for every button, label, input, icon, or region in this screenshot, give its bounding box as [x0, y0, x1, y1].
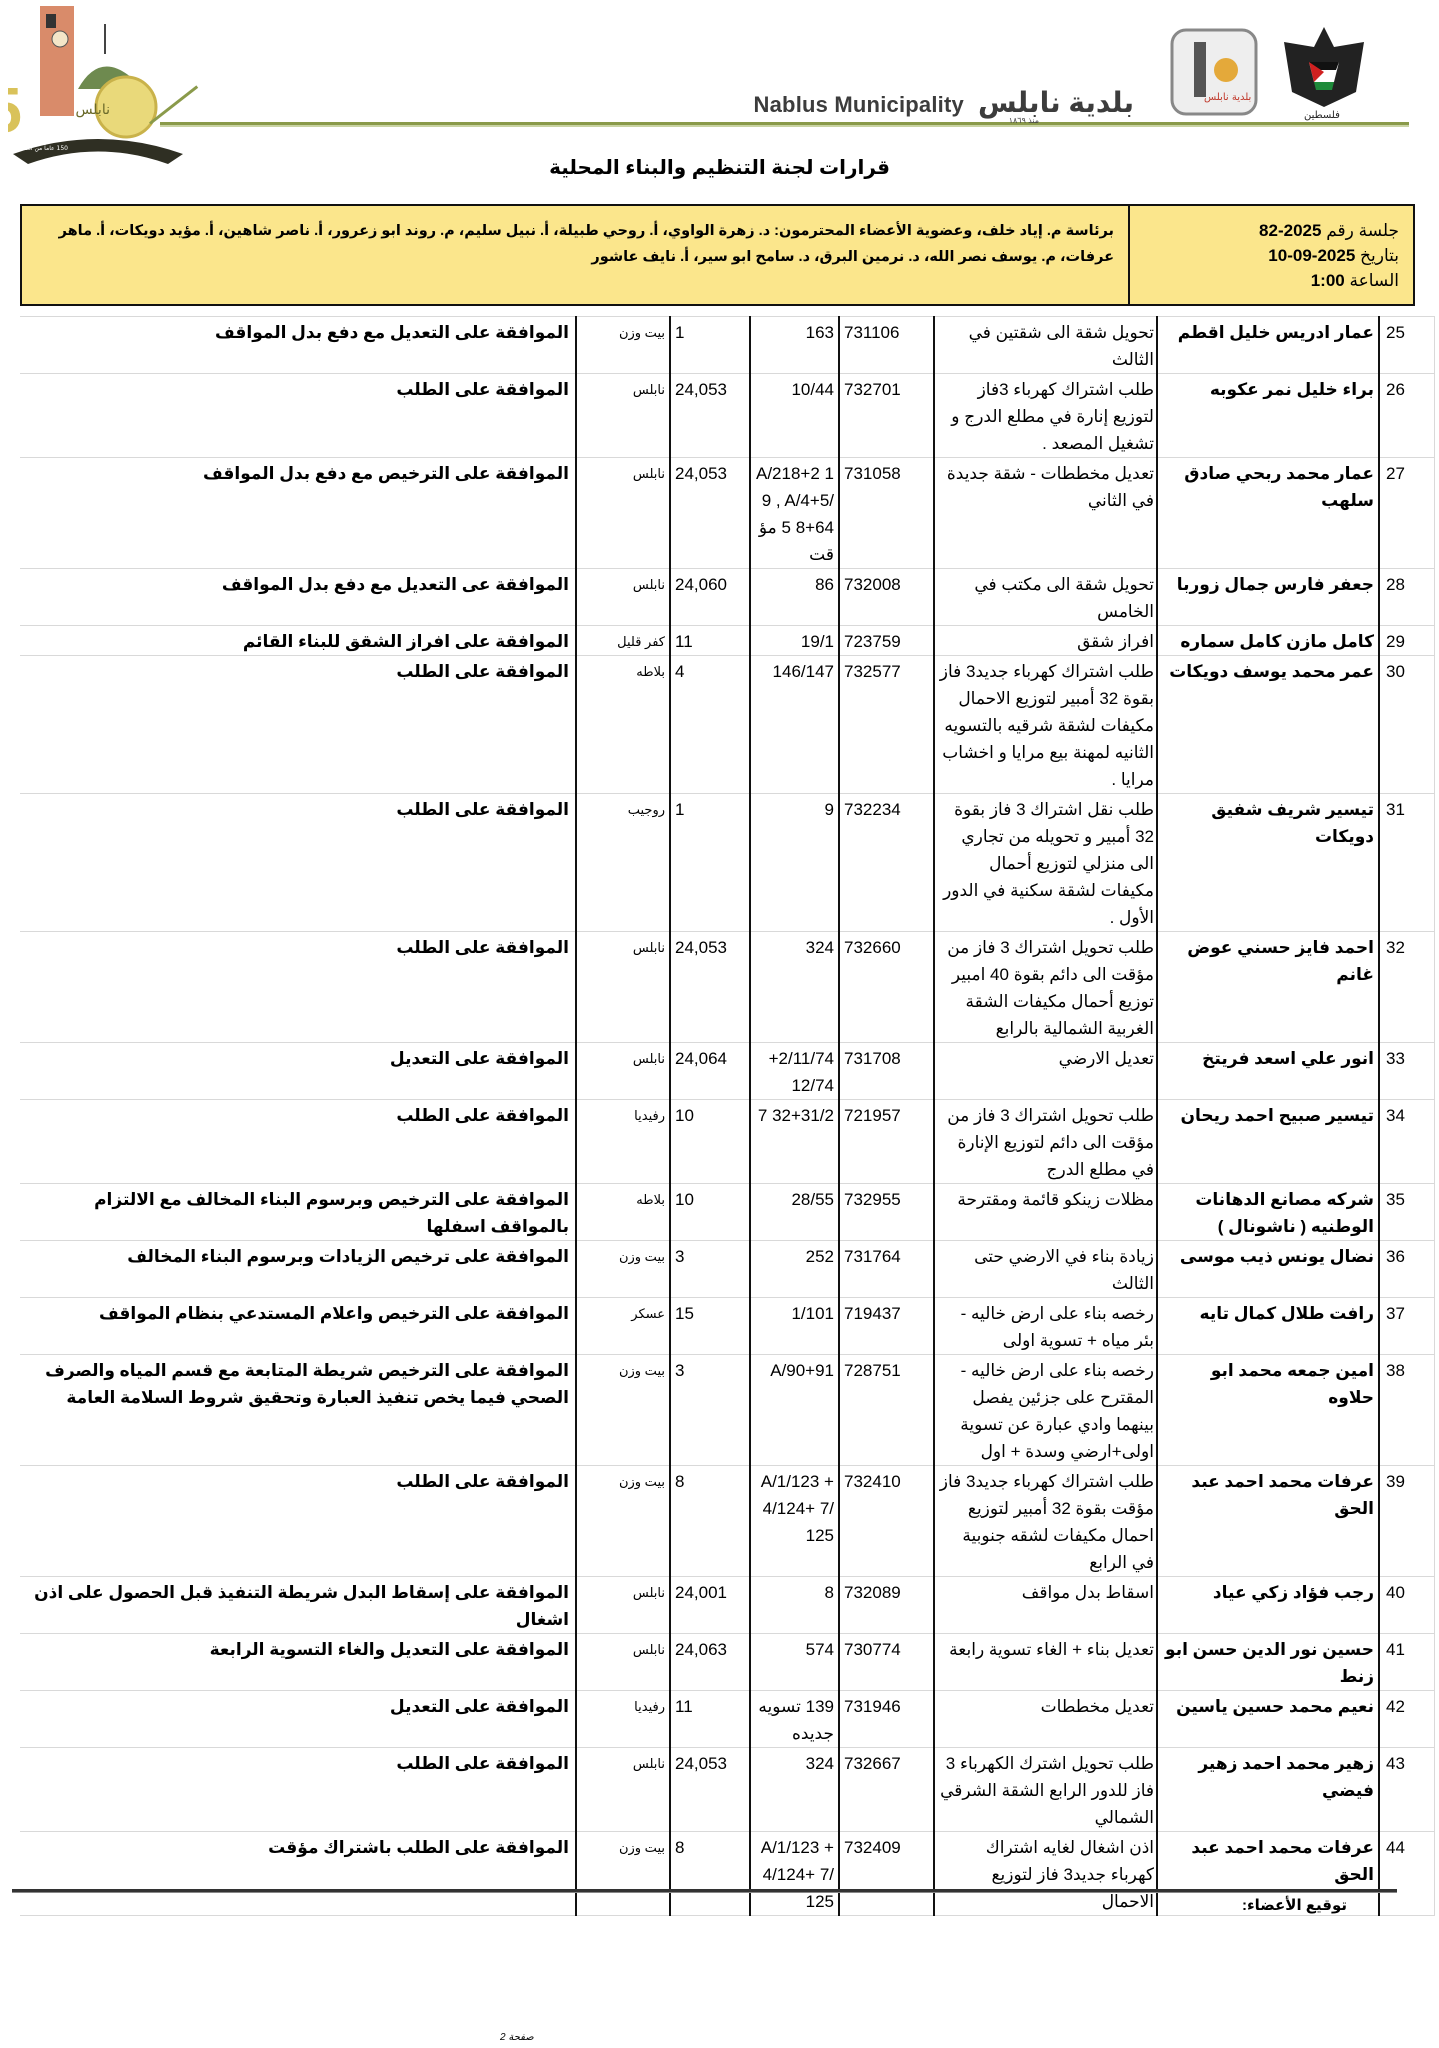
block-number: 1: [670, 317, 750, 374]
block-number: 4: [670, 656, 750, 794]
block-number: 24,053: [670, 374, 750, 458]
request-number: 732008: [839, 569, 934, 626]
table-row: 29 كامل مازن كامل سماره افراز شقق 723759…: [20, 626, 1435, 656]
request-number: 732667: [839, 1748, 934, 1832]
committee-decision: الموافقة على الطلب: [20, 932, 576, 1043]
block-number: 24,001: [670, 1577, 750, 1634]
committee-decision: الموافقة على الطلب باشتراك مؤقت: [20, 1832, 576, 1916]
request-number: 731764: [839, 1241, 934, 1298]
session-time-label: الساعة: [1349, 271, 1399, 290]
table-row: 44 عرفات محمد احمد عبد الحق اذن اشغال لغ…: [20, 1832, 1435, 1916]
letterhead: 15 نابلس 150 عاماً من العطاء Nablus Muni…: [0, 0, 1439, 190]
svg-text:150 عاماً من العطاء: 150 عاماً من العطاء: [17, 144, 69, 152]
block-number: 11: [670, 626, 750, 656]
request-description: تحويل شقة الى مكتب في الخامس: [934, 569, 1157, 626]
parcel-number: 10/44: [750, 374, 839, 458]
committee-decision: الموافقة على الترخيص وبرسوم البناء المخا…: [20, 1184, 576, 1241]
request-number: 730774: [839, 1634, 934, 1691]
area-name: كفر قليل: [576, 626, 670, 656]
area-name: رفيديا: [576, 1691, 670, 1748]
table-row: 39 عرفات محمد احمد عبد الحق طلب اشتراك ك…: [20, 1466, 1435, 1577]
svg-text:15: 15: [8, 74, 22, 146]
table-row: 26 براء خليل نمر عكوبه طلب اشتراك كهرباء…: [20, 374, 1435, 458]
request-description: رخصه بناء على ارض خاليه - المقترح على جز…: [934, 1355, 1157, 1466]
committee-decision: الموافقة عى التعديل مع دفع بدل المواقف: [20, 569, 576, 626]
committee-decision: الموافقة على ترخيص الزيادات وبرسوم البنا…: [20, 1241, 576, 1298]
table-row: 34 تيسير صبيح احمد ريحان طلب تحويل اشترا…: [20, 1100, 1435, 1184]
committee-decision: الموافقة على الطلب: [20, 1466, 576, 1577]
area-name: روجيب: [576, 794, 670, 932]
row-number: 28: [1379, 569, 1435, 626]
request-description: طلب تحويل اشترك الكهرباء 3 فاز للدور الر…: [934, 1748, 1157, 1832]
row-number: 40: [1379, 1577, 1435, 1634]
applicant-name: رافت طلال كمال تايه: [1157, 1298, 1379, 1355]
parcel-number: 146/147: [750, 656, 839, 794]
row-number: 35: [1379, 1184, 1435, 1241]
block-number: 24,060: [670, 569, 750, 626]
request-description: طلب اشتراك كهرباء 3فاز لتوزيع إنارة في م…: [934, 374, 1157, 458]
request-description: رخصه بناء على ارض خاليه - بئر مياه + تسو…: [934, 1298, 1157, 1355]
row-number: 25: [1379, 317, 1435, 374]
request-number: 731058: [839, 458, 934, 569]
brand-arabic: بلدية نابلس: [978, 87, 1134, 118]
applicant-name: نضال يونس ذيب موسى: [1157, 1241, 1379, 1298]
parcel-number: 32+31/2 7: [750, 1100, 839, 1184]
parcel-number: A/90+91: [750, 1355, 839, 1466]
request-number: 719437: [839, 1298, 934, 1355]
row-number: 36: [1379, 1241, 1435, 1298]
request-number: 731946: [839, 1691, 934, 1748]
applicant-name: نعيم محمد حسين ياسين: [1157, 1691, 1379, 1748]
request-description: افراز شقق: [934, 626, 1157, 656]
footer-divider: [12, 1889, 1397, 1893]
block-number: 11: [670, 1691, 750, 1748]
request-number: 732409: [839, 1832, 934, 1916]
request-number: 732410: [839, 1466, 934, 1577]
parcel-number: 2/11/74+ 12/74: [750, 1043, 839, 1100]
block-number: 24,064: [670, 1043, 750, 1100]
request-number: 731106: [839, 317, 934, 374]
applicant-name: جعفر فارس جمال زوربا: [1157, 569, 1379, 626]
session-details: جلسة رقم 2025-82 بتاريخ 2025-09-10 الساع…: [1128, 206, 1413, 304]
row-number: 37: [1379, 1298, 1435, 1355]
committee-decision: الموافقة على الطلب: [20, 656, 576, 794]
parcel-number: 324: [750, 1748, 839, 1832]
svg-text:فلسطين: فلسطين: [1304, 110, 1340, 121]
parcel-number: A/1/123 +4/124+ 7/125: [750, 1832, 839, 1916]
parcel-number: 163: [750, 317, 839, 374]
request-description: طلب اشتراك كهرباء جديد3 فاز بقوة 32 أمبي…: [934, 656, 1157, 794]
area-name: نابلس: [576, 569, 670, 626]
request-number: 732701: [839, 374, 934, 458]
decisions-table: 25 عمار ادريس خليل اقطم تحويل شقة الى شق…: [20, 316, 1435, 1916]
row-number: 31: [1379, 794, 1435, 932]
request-number: 732577: [839, 656, 934, 794]
committee-decision: الموافقة على الطلب: [20, 1100, 576, 1184]
committee-decision: الموافقة على الترخيص شريطة المتابعة مع ق…: [20, 1355, 576, 1466]
request-description: تعديل بناء + الغاء تسوية رابعة: [934, 1634, 1157, 1691]
table-row: 35 شركه مصانع الدهانات الوطنيه ( ناشونال…: [20, 1184, 1435, 1241]
page-value: 2: [500, 2032, 506, 2043]
request-description: طلب نقل اشتراك 3 فاز بقوة 32 أمبير و تحو…: [934, 794, 1157, 932]
applicant-name: امين جمعه محمد ابو حلاوه: [1157, 1355, 1379, 1466]
brand-name: Nablus Municipality بلدية نابلس: [754, 86, 1134, 119]
area-name: عسكر: [576, 1298, 670, 1355]
parcel-number: 139 تسويه جديده: [750, 1691, 839, 1748]
request-number: 732089: [839, 1577, 934, 1634]
request-number: 732660: [839, 932, 934, 1043]
area-name: نابلس: [576, 458, 670, 569]
row-number: 26: [1379, 374, 1435, 458]
parcel-number: 324: [750, 932, 839, 1043]
request-description: طلب تحويل اشتراك 3 فاز من مؤقت الى دائم …: [934, 1100, 1157, 1184]
request-description: طلب تحويل اشتراك 3 فاز من مؤقت الى دائم …: [934, 932, 1157, 1043]
area-name: بيت وزن: [576, 1466, 670, 1577]
row-number: 44: [1379, 1832, 1435, 1916]
committee-decision: الموافقة على التعديل والغاء التسوية الرا…: [20, 1634, 576, 1691]
block-number: 24,053: [670, 932, 750, 1043]
applicant-name: عمار محمد ربحي صادق سلهب: [1157, 458, 1379, 569]
area-name: نابلس: [576, 1634, 670, 1691]
table-row: 43 زهير محمد احمد زهير فيضي طلب تحويل اش…: [20, 1748, 1435, 1832]
request-number: 728751: [839, 1355, 934, 1466]
table-row: 30 عمر محمد يوسف دويكات طلب اشتراك كهربا…: [20, 656, 1435, 794]
parcel-number: A/218+2 19 , A/4+5/5 8+64 مؤقت: [750, 458, 839, 569]
area-name: رفيديا: [576, 1100, 670, 1184]
area-name: نابلس: [576, 932, 670, 1043]
row-number: 33: [1379, 1043, 1435, 1100]
parcel-number: 86: [750, 569, 839, 626]
established-note: منذ ١٨٦٩: [1009, 116, 1039, 125]
parcel-number: 9: [750, 794, 839, 932]
request-number: 731708: [839, 1043, 934, 1100]
applicant-name: شركه مصانع الدهانات الوطنيه ( ناشونال ): [1157, 1184, 1379, 1241]
request-number: 723759: [839, 626, 934, 656]
request-number: 732234: [839, 794, 934, 932]
area-name: نابلس: [576, 1748, 670, 1832]
table-row: 37 رافت طلال كمال تايه رخصه بناء على ارض…: [20, 1298, 1435, 1355]
committee-decision: الموافقة على الطلب: [20, 1748, 576, 1832]
page-title: قرارات لجنة التنظيم والبناء المحلية: [0, 155, 1439, 180]
committee-decision: الموافقة على الطلب: [20, 794, 576, 932]
block-number: 3: [670, 1355, 750, 1466]
row-number: 41: [1379, 1634, 1435, 1691]
palestine-emblem-icon: فلسطين: [1274, 22, 1374, 122]
applicant-name: رجب فؤاد زكي عياد: [1157, 1577, 1379, 1634]
table-row: 32 احمد فايز حسني عوض غانم طلب تحويل اشت…: [20, 932, 1435, 1043]
request-description: زيادة بناء في الارضي حتى الثالث: [934, 1241, 1157, 1298]
committee-decision: الموافقة على إسقاط البدل شريطة التنفيذ ق…: [20, 1577, 576, 1634]
applicant-name: عمار ادريس خليل اقطم: [1157, 317, 1379, 374]
block-number: 24,053: [670, 1748, 750, 1832]
table-row: 28 جعفر فارس جمال زوربا تحويل شقة الى مك…: [20, 569, 1435, 626]
block-number: 3: [670, 1241, 750, 1298]
parcel-number: 8: [750, 1577, 839, 1634]
row-number: 32: [1379, 932, 1435, 1043]
applicant-name: انور علي اسعد فريتخ: [1157, 1043, 1379, 1100]
request-description: تعديل مخططات: [934, 1691, 1157, 1748]
session-number-label: جلسة رقم: [1326, 221, 1399, 240]
parcel-number: A/1/123 +4/124+ 7/125: [750, 1466, 839, 1577]
official-emblems: بلدية نابلس فلسطين: [1164, 22, 1379, 127]
applicant-name: كامل مازن كامل سماره: [1157, 626, 1379, 656]
session-number: 2025-82: [1259, 221, 1321, 240]
request-number: 732955: [839, 1184, 934, 1241]
block-number: 8: [670, 1832, 750, 1916]
block-number: 8: [670, 1466, 750, 1577]
committee-decision: الموافقة على التعديل: [20, 1043, 576, 1100]
svg-text:بلدية نابلس: بلدية نابلس: [1204, 92, 1251, 103]
applicant-name: تيسير صبيح احمد ريحان: [1157, 1100, 1379, 1184]
table-row: 36 نضال يونس ذيب موسى زيادة بناء في الار…: [20, 1241, 1435, 1298]
parcel-number: 252: [750, 1241, 839, 1298]
table-row: 27 عمار محمد ربحي صادق سلهب تعديل مخططات…: [20, 458, 1435, 569]
block-number: 10: [670, 1100, 750, 1184]
parcel-number: 574: [750, 1634, 839, 1691]
block-number: 1: [670, 794, 750, 932]
committee-decision: الموافقة على التعديل مع دفع بدل المواقف: [20, 317, 576, 374]
area-name: بيت وزن: [576, 1355, 670, 1466]
table-row: 38 امين جمعه محمد ابو حلاوه رخصه بناء عل…: [20, 1355, 1435, 1466]
area-name: بلاطه: [576, 1184, 670, 1241]
anniversary-150-logo-icon: 15 نابلس 150 عاماً من العطاء: [8, 4, 198, 179]
row-number: 29: [1379, 626, 1435, 656]
area-name: بلاطه: [576, 656, 670, 794]
municipal-seal-icon: بلدية نابلس: [1164, 22, 1264, 122]
request-description: اسقاط بدل مواقف: [934, 1577, 1157, 1634]
applicant-name: حسين نور الدين حسن ابو زنط: [1157, 1634, 1379, 1691]
block-number: 10: [670, 1184, 750, 1241]
session-info-box: جلسة رقم 2025-82 بتاريخ 2025-09-10 الساع…: [20, 204, 1415, 306]
committee-decision: الموافقة على التعديل: [20, 1691, 576, 1748]
applicant-name: عرفات محمد احمد عبد الحق: [1157, 1466, 1379, 1577]
applicant-name: براء خليل نمر عكوبه: [1157, 374, 1379, 458]
row-number: 39: [1379, 1466, 1435, 1577]
svg-text:نابلس: نابلس: [75, 102, 110, 118]
area-name: بيت وزن: [576, 1832, 670, 1916]
row-number: 27: [1379, 458, 1435, 569]
request-description: تحويل شقة الى شقتين في الثالث: [934, 317, 1157, 374]
area-name: نابلس: [576, 374, 670, 458]
request-description: تعديل الارضي: [934, 1043, 1157, 1100]
session-members: برئاسة م. إياد خلف، وعضوية الأعضاء المحت…: [22, 206, 1128, 304]
page-number: صفحة 2: [500, 2032, 534, 2043]
applicant-name: احمد فايز حسني عوض غانم: [1157, 932, 1379, 1043]
request-description: تعديل مخططات - شقة جديدة في الثاني: [934, 458, 1157, 569]
block-number: 24,063: [670, 1634, 750, 1691]
area-name: نابلس: [576, 1043, 670, 1100]
table-row: 25 عمار ادريس خليل اقطم تحويل شقة الى شق…: [20, 317, 1435, 374]
committee-decision: الموافقة على الطلب: [20, 374, 576, 458]
table-row: 42 نعيم محمد حسين ياسين تعديل مخططات 731…: [20, 1691, 1435, 1748]
brand-english: Nablus Municipality: [754, 92, 964, 117]
committee-decision: الموافقة على افراز الشقق للبناء القائم: [20, 626, 576, 656]
request-description: مظلات زينكو قائمة ومقترحة: [934, 1184, 1157, 1241]
members-signature-label: توقيع الأعضاء:: [1242, 1896, 1347, 1914]
session-time: 1:00: [1311, 271, 1345, 290]
table-row: 33 انور علي اسعد فريتخ تعديل الارضي 7317…: [20, 1043, 1435, 1100]
request-description: طلب اشتراك كهرباء جديد3 فاز مؤقت بقوة 32…: [934, 1466, 1157, 1577]
area-name: نابلس: [576, 1577, 670, 1634]
session-date-label: بتاريخ: [1360, 246, 1399, 265]
request-description: اذن اشغال لغايه اشتراك كهرباء جديد3 فاز …: [934, 1832, 1157, 1916]
area-name: بيت وزن: [576, 1241, 670, 1298]
applicant-name: زهير محمد احمد زهير فيضي: [1157, 1748, 1379, 1832]
session-date: 2025-09-10: [1268, 246, 1355, 265]
block-number: 24,053: [670, 458, 750, 569]
table-row: 31 تيسير شريف شفيق دويكات طلب نقل اشتراك…: [20, 794, 1435, 932]
row-number: 43: [1379, 1748, 1435, 1832]
committee-decision: الموافقة على الترخيص واعلام المستدعي بنظ…: [20, 1298, 576, 1355]
document-page: 15 نابلس 150 عاماً من العطاء Nablus Muni…: [0, 0, 1439, 2048]
table-row: 41 حسين نور الدين حسن ابو زنط تعديل بناء…: [20, 1634, 1435, 1691]
committee-decision: الموافقة على الترخيص مع دفع بدل المواقف: [20, 458, 576, 569]
parcel-number: 28/55: [750, 1184, 839, 1241]
row-number: 34: [1379, 1100, 1435, 1184]
area-name: بيت وزن: [576, 317, 670, 374]
applicant-name: تيسير شريف شفيق دويكات: [1157, 794, 1379, 932]
request-number: 721957: [839, 1100, 934, 1184]
page-label: صفحة: [508, 2032, 533, 2043]
row-number: 38: [1379, 1355, 1435, 1466]
block-number: 15: [670, 1298, 750, 1355]
parcel-number: 1/101: [750, 1298, 839, 1355]
parcel-number: 19/1: [750, 626, 839, 656]
applicant-name: عمر محمد يوسف دويكات: [1157, 656, 1379, 794]
table-row: 40 رجب فؤاد زكي عياد اسقاط بدل مواقف 732…: [20, 1577, 1435, 1634]
row-number: 42: [1379, 1691, 1435, 1748]
row-number: 30: [1379, 656, 1435, 794]
